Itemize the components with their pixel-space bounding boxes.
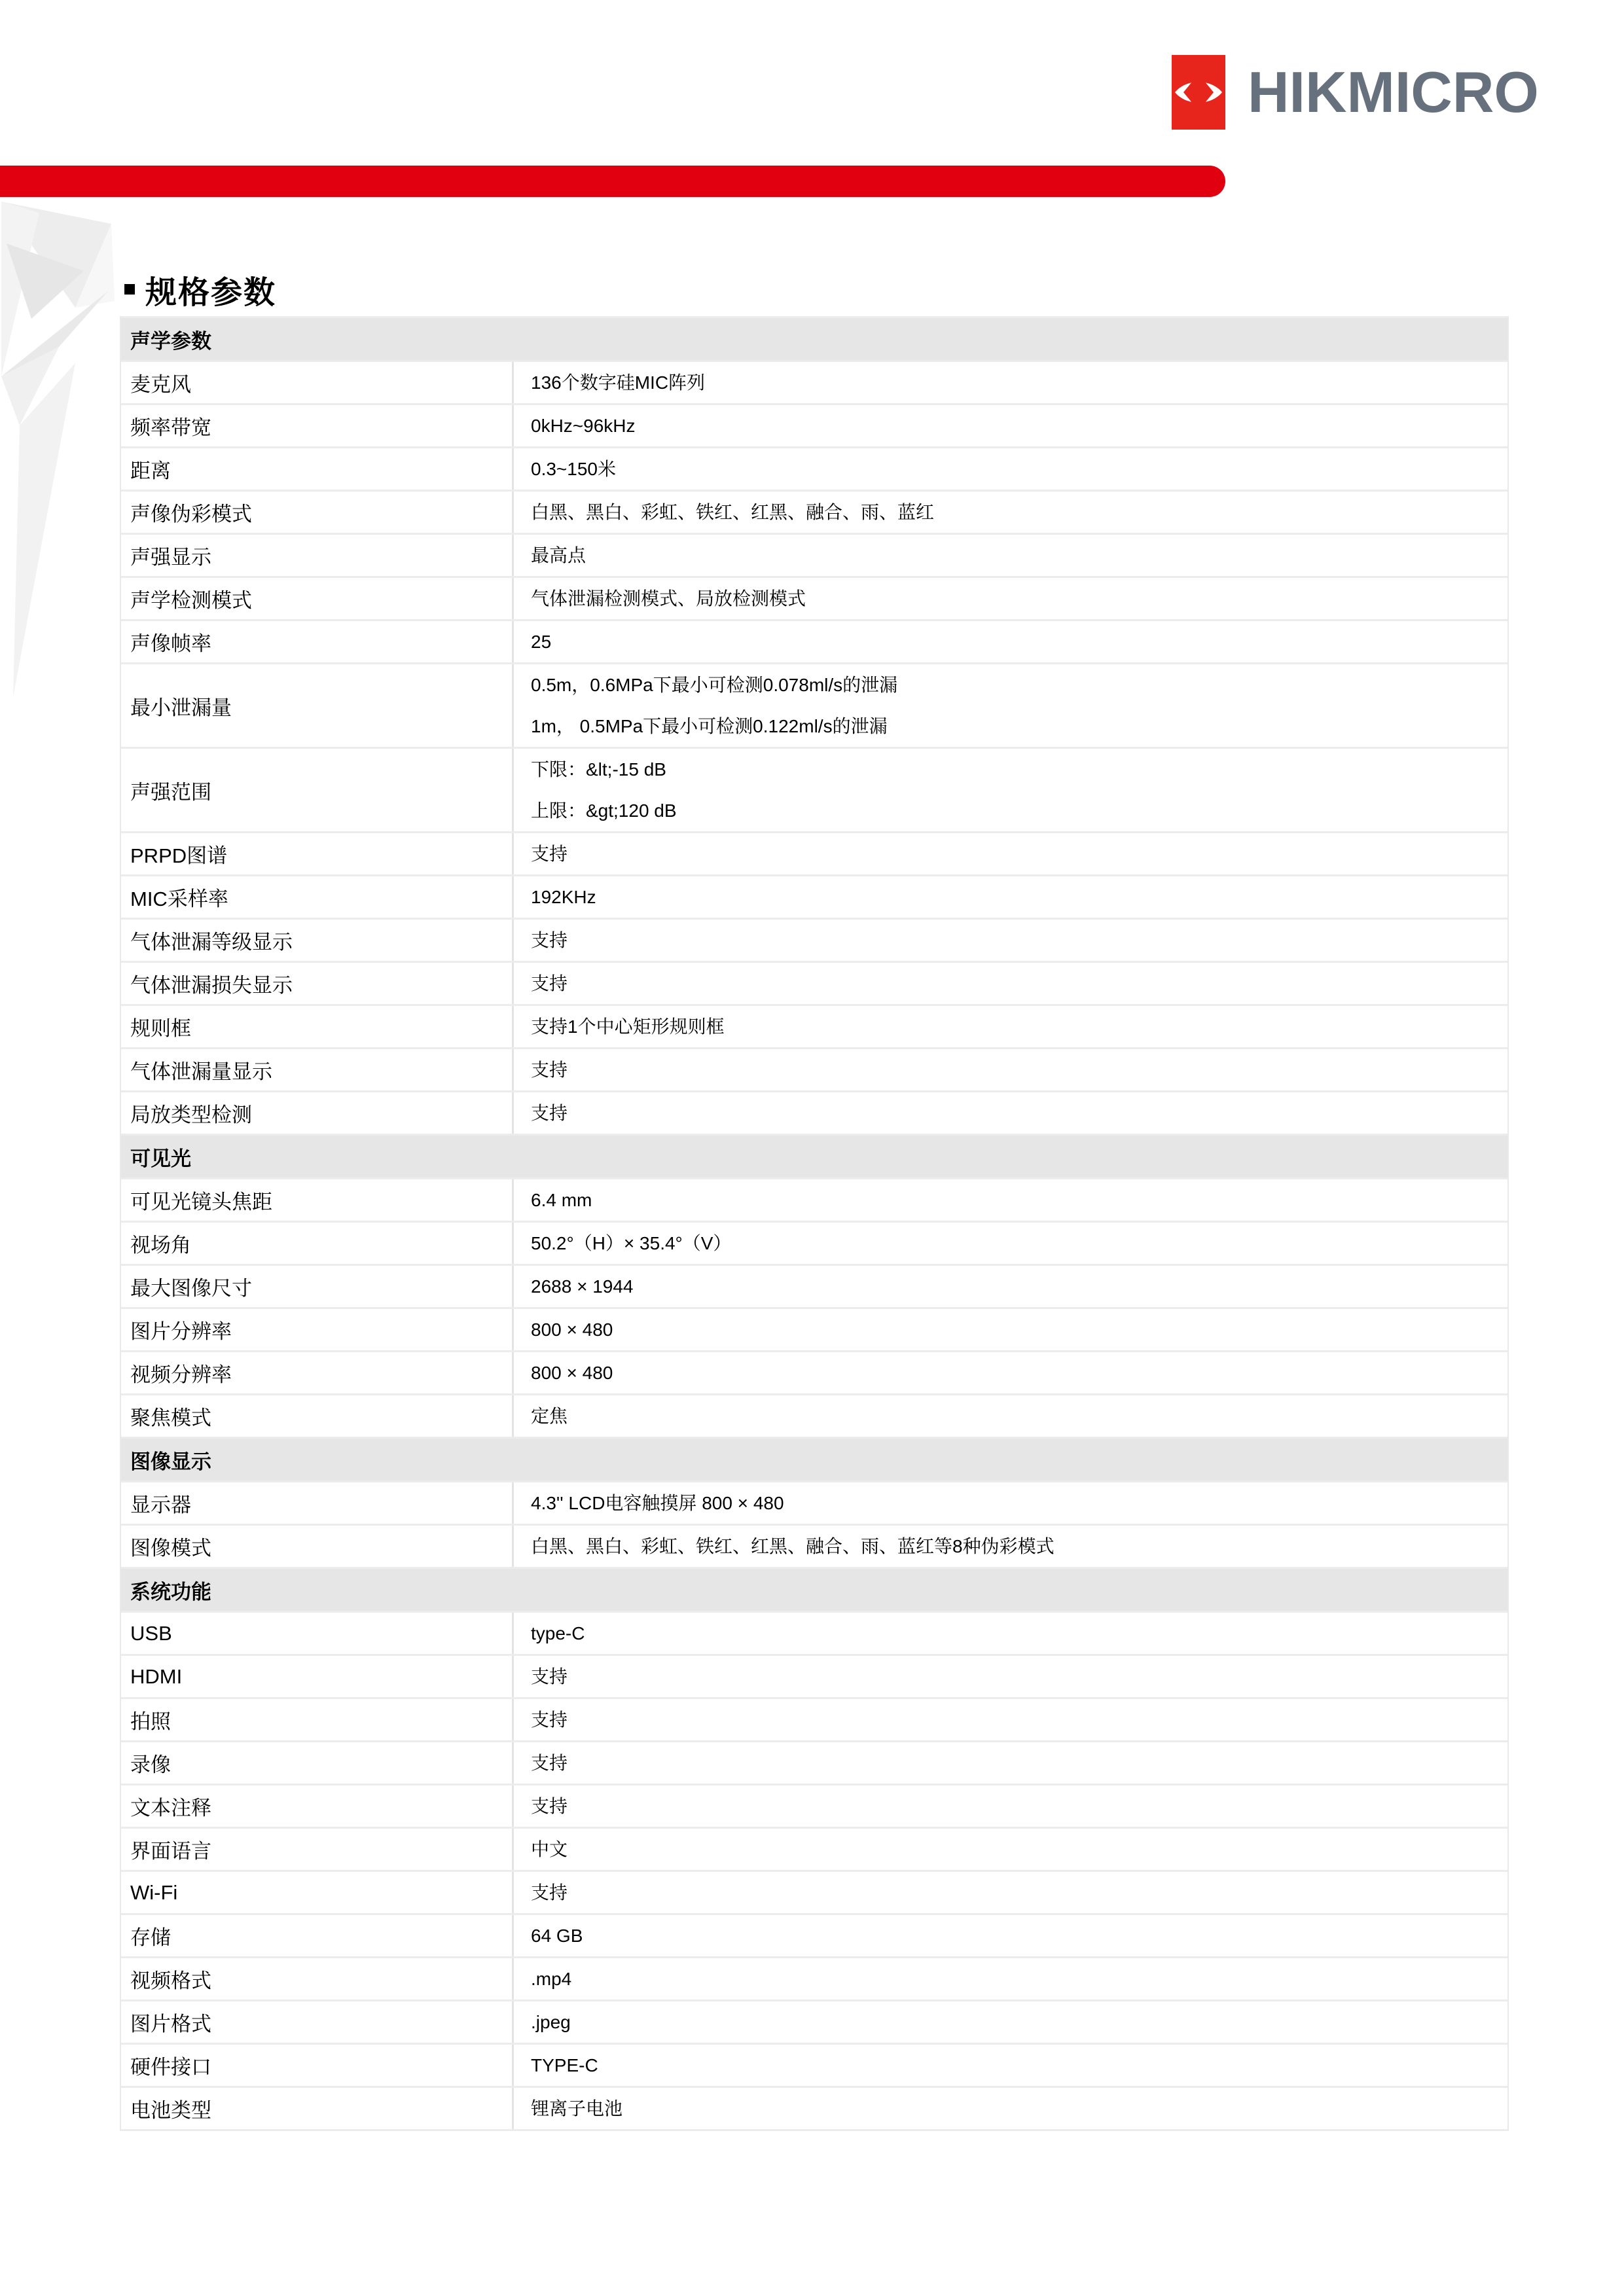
spec-label: 气体泄漏量显示 xyxy=(121,1049,514,1090)
section-header: 图像显示 xyxy=(121,1437,1507,1480)
spec-value: 0.5m，0.6MPa下最小可检测0.078ml/s的泄漏1m， 0.5MPa下… xyxy=(514,664,1507,747)
spec-label: 硬件接口 xyxy=(121,2045,514,2086)
spec-label: 拍照 xyxy=(121,1699,514,1740)
spec-value: 4.3'' LCD电容触摸屏 800 × 480 xyxy=(514,1482,1507,1524)
spec-value: 支持 xyxy=(514,920,1507,961)
spec-label: HDMI xyxy=(121,1656,514,1697)
spec-label: PRPD图谱 xyxy=(121,833,514,874)
spec-value-line: 气体泄漏检测模式、局放检测模式 xyxy=(531,578,1507,619)
spec-row: 聚焦模式定焦 xyxy=(121,1393,1507,1437)
spec-row: 视频格式.mp4 xyxy=(121,1956,1507,2000)
spec-value: 支持 xyxy=(514,833,1507,874)
spec-value-line: 支持 xyxy=(531,1049,1507,1090)
spec-value-line: 支持 xyxy=(531,1656,1507,1697)
section-header: 声学参数 xyxy=(121,316,1507,360)
spec-value: TYPE-C xyxy=(514,2045,1507,2086)
spec-label: 存储 xyxy=(121,1915,514,1956)
spec-row: 视场角50.2°（H）× 35.4°（V） xyxy=(121,1221,1507,1264)
spec-value: .jpeg xyxy=(514,2001,1507,2043)
spec-value-line: 50.2°（H）× 35.4°（V） xyxy=(531,1223,1507,1264)
spec-value: 支持 xyxy=(514,1699,1507,1740)
spec-row: 界面语言中文 xyxy=(121,1827,1507,1870)
spec-value-line: 192KHz xyxy=(531,876,1507,918)
spec-value-line: 白黑、黑白、彩虹、铁红、红黑、融合、雨、蓝红 xyxy=(531,492,1507,533)
spec-value: 0kHz~96kHz xyxy=(514,405,1507,446)
spec-value: 2688 × 1944 xyxy=(514,1266,1507,1307)
spec-value-line: 支持1个中心矩形规则框 xyxy=(531,1006,1507,1047)
spec-value-line: TYPE-C xyxy=(531,2045,1507,2086)
spec-label: 声像伪彩模式 xyxy=(121,492,514,533)
datasheet-page: HIKMICRO 规格参数 声学参数麦克风136个数字硅MIC阵列频率带宽0kH… xyxy=(0,0,1624,2296)
spec-row: 声像伪彩模式白黑、黑白、彩虹、铁红、红黑、融合、雨、蓝红 xyxy=(121,490,1507,533)
spec-label: 距离 xyxy=(121,448,514,490)
spec-row: 最大图像尺寸2688 × 1944 xyxy=(121,1264,1507,1307)
spec-row: 图片分辨率800 × 480 xyxy=(121,1307,1507,1350)
spec-value: 支持 xyxy=(514,1742,1507,1784)
spec-value-line: 136个数字硅MIC阵列 xyxy=(531,362,1507,403)
spec-label: 最大图像尺寸 xyxy=(121,1266,514,1307)
spec-row: Wi-Fi支持 xyxy=(121,1870,1507,1913)
spec-label: Wi-Fi xyxy=(121,1872,514,1913)
spec-value: 支持 xyxy=(514,1872,1507,1913)
spec-label: 文本注释 xyxy=(121,1785,514,1827)
spec-value-line: 中文 xyxy=(531,1829,1507,1870)
spec-value-line: 0.5m，0.6MPa下最小可检测0.078ml/s的泄漏 xyxy=(531,664,1507,706)
spec-label: 视频格式 xyxy=(121,1958,514,2000)
red-banner xyxy=(0,166,1225,197)
spec-row: 文本注释支持 xyxy=(121,1784,1507,1827)
spec-label: 界面语言 xyxy=(121,1829,514,1870)
spec-value: 支持 xyxy=(514,1092,1507,1134)
spec-value: 支持 xyxy=(514,963,1507,1004)
spec-label: 声学检测模式 xyxy=(121,578,514,619)
spec-row: 录像支持 xyxy=(121,1740,1507,1784)
spec-label: 规则框 xyxy=(121,1006,514,1047)
spec-value-line: 下限：&lt;-15 dB xyxy=(531,749,1507,790)
spec-value: 136个数字硅MIC阵列 xyxy=(514,362,1507,403)
spec-value-line: 800 × 480 xyxy=(531,1352,1507,1393)
title-bullet-square xyxy=(124,284,135,295)
page-title: 规格参数 xyxy=(145,267,276,312)
spec-value: .mp4 xyxy=(514,1958,1507,2000)
spec-row: 气体泄漏等级显示支持 xyxy=(121,918,1507,961)
spec-row: 视频分辨率800 × 480 xyxy=(121,1350,1507,1393)
watermark-graphic xyxy=(0,196,131,720)
spec-label: 声像帧率 xyxy=(121,621,514,662)
spec-label: 视场角 xyxy=(121,1223,514,1264)
spec-label: 图片格式 xyxy=(121,2001,514,2043)
spec-value-line: 支持 xyxy=(531,1092,1507,1134)
spec-value-line: 4.3'' LCD电容触摸屏 800 × 480 xyxy=(531,1482,1507,1524)
spec-label: 麦克风 xyxy=(121,362,514,403)
spec-value: 中文 xyxy=(514,1829,1507,1870)
spec-value: 6.4 mm xyxy=(514,1179,1507,1221)
spec-row: 频率带宽0kHz~96kHz xyxy=(121,403,1507,446)
spec-value: 25 xyxy=(514,621,1507,662)
spec-value-line: 64 GB xyxy=(531,1915,1507,1956)
spec-label: 频率带宽 xyxy=(121,405,514,446)
spec-value-line: 上限：&gt;120 dB xyxy=(531,790,1507,831)
spec-row: 可见光镜头焦距6.4 mm xyxy=(121,1177,1507,1221)
spec-row: MIC采样率192KHz xyxy=(121,874,1507,918)
spec-row: 规则框支持1个中心矩形规则框 xyxy=(121,1004,1507,1047)
spec-row: 局放类型检测支持 xyxy=(121,1090,1507,1134)
spec-value: 64 GB xyxy=(514,1915,1507,1956)
spec-value-line: 支持 xyxy=(531,1785,1507,1827)
spec-row: 距离0.3~150米 xyxy=(121,446,1507,490)
spec-row: 硬件接口TYPE-C xyxy=(121,2043,1507,2086)
spec-row: 存储64 GB xyxy=(121,1913,1507,1956)
spec-value: 50.2°（H）× 35.4°（V） xyxy=(514,1223,1507,1264)
spec-value: 最高点 xyxy=(514,535,1507,576)
spec-value-line: 支持 xyxy=(531,963,1507,1004)
page-title-row: 规格参数 xyxy=(124,270,276,309)
spec-table: 声学参数麦克风136个数字硅MIC阵列频率带宽0kHz~96kHz距离0.3~1… xyxy=(120,316,1509,2131)
spec-row: 声像帧率25 xyxy=(121,619,1507,662)
spec-value-line: 支持 xyxy=(531,1742,1507,1784)
spec-label: MIC采样率 xyxy=(121,876,514,918)
spec-label: 电池类型 xyxy=(121,2088,514,2129)
spec-value-line: .jpeg xyxy=(531,2001,1507,2043)
spec-row: PRPD图谱支持 xyxy=(121,831,1507,874)
spec-row: 声强显示最高点 xyxy=(121,533,1507,576)
spec-value: 800 × 480 xyxy=(514,1309,1507,1350)
spec-value-line: 2688 × 1944 xyxy=(531,1266,1507,1307)
spec-value: 气体泄漏检测模式、局放检测模式 xyxy=(514,578,1507,619)
spec-value: 支持1个中心矩形规则框 xyxy=(514,1006,1507,1047)
spec-value-line: 定焦 xyxy=(531,1395,1507,1437)
spec-value: 支持 xyxy=(514,1049,1507,1090)
spec-row: 声学检测模式气体泄漏检测模式、局放检测模式 xyxy=(121,576,1507,619)
spec-label: 声强范围 xyxy=(121,749,514,831)
spec-value-line: 白黑、黑白、彩虹、铁红、红黑、融合、雨、蓝红等8种伪彩模式 xyxy=(531,1526,1507,1567)
spec-value: 支持 xyxy=(514,1656,1507,1697)
spec-row: 显示器4.3'' LCD电容触摸屏 800 × 480 xyxy=(121,1480,1507,1524)
spec-row: USBtype-C xyxy=(121,1611,1507,1654)
spec-row: 图像模式白黑、黑白、彩虹、铁红、红黑、融合、雨、蓝红等8种伪彩模式 xyxy=(121,1524,1507,1567)
spec-value-line: 0.3~150米 xyxy=(531,448,1507,490)
spec-label: 气体泄漏损失显示 xyxy=(121,963,514,1004)
spec-row: 气体泄漏量显示支持 xyxy=(121,1047,1507,1090)
spec-value-line: 最高点 xyxy=(531,535,1507,576)
spec-value-line: 支持 xyxy=(531,920,1507,961)
spec-label: 图片分辨率 xyxy=(121,1309,514,1350)
spec-row: 麦克风136个数字硅MIC阵列 xyxy=(121,360,1507,403)
spec-value: 支持 xyxy=(514,1785,1507,1827)
spec-label: USB xyxy=(121,1613,514,1654)
spec-value: 锂离子电池 xyxy=(514,2088,1507,2129)
spec-value-line: .mp4 xyxy=(531,1958,1507,2000)
spec-value: 下限：&lt;-15 dB上限：&gt;120 dB xyxy=(514,749,1507,831)
spec-label: 气体泄漏等级显示 xyxy=(121,920,514,961)
spec-value: 800 × 480 xyxy=(514,1352,1507,1393)
section-header: 可见光 xyxy=(121,1134,1507,1177)
spec-value-line: 25 xyxy=(531,621,1507,662)
hikmicro-logo-icon xyxy=(1172,55,1225,130)
spec-value-line: 支持 xyxy=(531,833,1507,874)
section-header: 系统功能 xyxy=(121,1567,1507,1611)
spec-row: 电池类型锂离子电池 xyxy=(121,2086,1507,2129)
spec-value-line: 锂离子电池 xyxy=(531,2088,1507,2129)
spec-row: 气体泄漏损失显示支持 xyxy=(121,961,1507,1004)
brand-name: HIKMICRO xyxy=(1248,55,1539,130)
spec-label: 最小泄漏量 xyxy=(121,664,514,747)
spec-label: 显示器 xyxy=(121,1482,514,1524)
spec-label: 声强显示 xyxy=(121,535,514,576)
spec-value: 0.3~150米 xyxy=(514,448,1507,490)
spec-row: 声强范围下限：&lt;-15 dB上限：&gt;120 dB xyxy=(121,747,1507,831)
spec-label: 局放类型检测 xyxy=(121,1092,514,1134)
spec-value-line: 支持 xyxy=(531,1872,1507,1913)
spec-value: 白黑、黑白、彩虹、铁红、红黑、融合、雨、蓝红等8种伪彩模式 xyxy=(514,1526,1507,1567)
spec-row: 拍照支持 xyxy=(121,1697,1507,1740)
spec-value-line: 0kHz~96kHz xyxy=(531,405,1507,446)
spec-value: 白黑、黑白、彩虹、铁红、红黑、融合、雨、蓝红 xyxy=(514,492,1507,533)
spec-row: 最小泄漏量0.5m，0.6MPa下最小可检测0.078ml/s的泄漏1m， 0.… xyxy=(121,662,1507,747)
spec-value: 192KHz xyxy=(514,876,1507,918)
spec-label: 可见光镜头焦距 xyxy=(121,1179,514,1221)
spec-value-line: 6.4 mm xyxy=(531,1179,1507,1221)
spec-value: 定焦 xyxy=(514,1395,1507,1437)
spec-row: HDMI支持 xyxy=(121,1654,1507,1697)
spec-label: 录像 xyxy=(121,1742,514,1784)
hikmicro-logo: HIKMICRO xyxy=(1172,55,1539,130)
spec-value-line: 支持 xyxy=(531,1699,1507,1740)
spec-label: 图像模式 xyxy=(121,1526,514,1567)
spec-value-line: 800 × 480 xyxy=(531,1309,1507,1350)
spec-value: type-C xyxy=(514,1613,1507,1654)
spec-value-line: 1m， 0.5MPa下最小可检测0.122ml/s的泄漏 xyxy=(531,706,1507,747)
spec-label: 视频分辨率 xyxy=(121,1352,514,1393)
spec-label: 聚焦模式 xyxy=(121,1395,514,1437)
spec-value-line: type-C xyxy=(531,1613,1507,1654)
spec-row: 图片格式.jpeg xyxy=(121,2000,1507,2043)
